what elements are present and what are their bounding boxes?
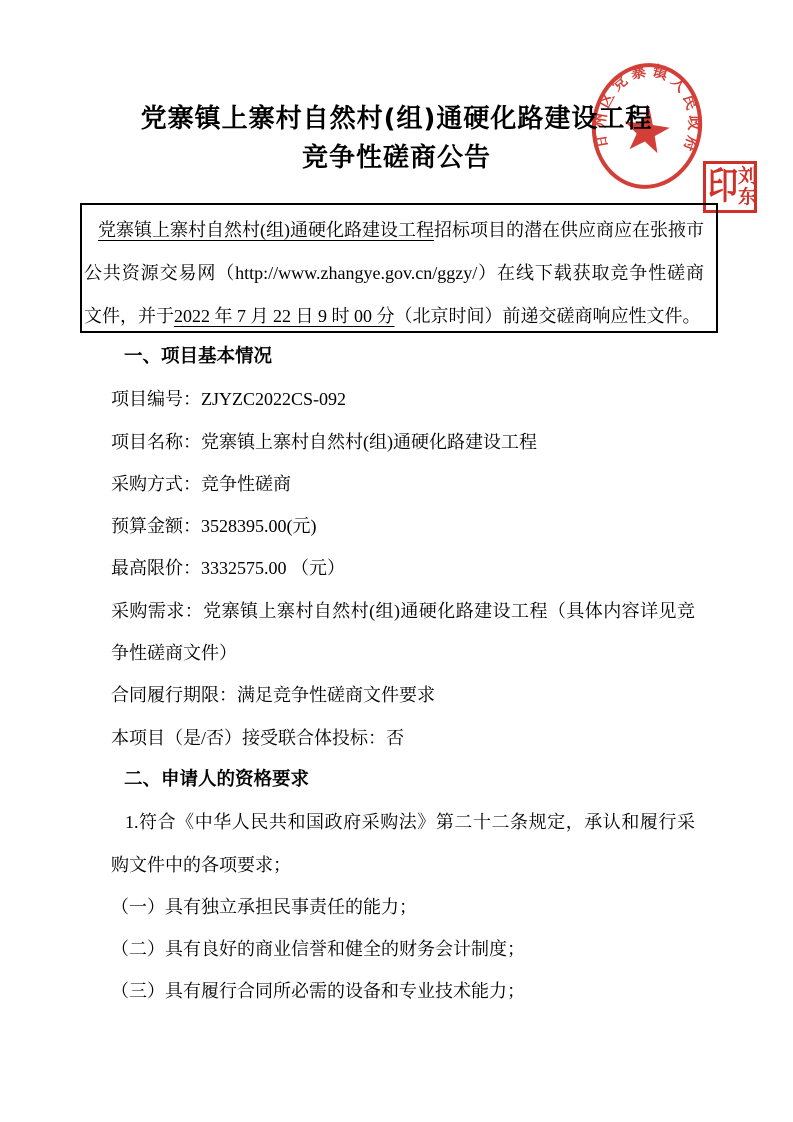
notice-project-name: 党寨镇上寨村自然村(组)通硬化路建设工程 [98, 220, 434, 240]
body-paragraph: 项目编号：ZJYZC2022CS-092 [111, 378, 695, 420]
stamp-char-liu: 刘 [738, 166, 757, 187]
document-page: 党寨镇上寨村自然村(组)通硬化路建设工程 竞争性磋商公告 甘州区党寨镇人民政府 … [0, 0, 793, 1122]
star-icon [621, 105, 672, 154]
notice-deadline: 2022 年 7 月 22 日 9 时 00 分 [174, 306, 395, 326]
stamp-char-yin: 印 [708, 168, 738, 206]
stamp-char-dong: 东 [738, 187, 757, 208]
body-paragraph: 预算金额：3528395.00(元) [111, 505, 695, 547]
body-paragraph: 采购方式：竞争性磋商 [111, 463, 695, 505]
notice-text-end: （北京时间）前递交磋商响应性文件。 [395, 306, 701, 326]
body-paragraph: 二、申请人的资格要求 [111, 759, 695, 801]
body-paragraph: 合同履行期限：满足竞争性磋商文件要求 [111, 674, 695, 716]
notice-box: 党寨镇上寨村自然村(组)通硬化路建设工程招标项目的潜在供应商应在张掖市公共资源交… [80, 203, 718, 333]
official-seal: 甘州区党寨镇人民政府 [585, 56, 709, 196]
stamp-name-column: 刘 东 [738, 166, 757, 208]
document-body: 一、项目基本情况项目编号：ZJYZC2022CS-092项目名称：党寨镇上寨村自… [111, 336, 695, 1013]
body-paragraph: （一）具有独立承担民事责任的能力； [111, 886, 695, 928]
body-paragraph: 本项目（是/否）接受联合体投标：否 [111, 717, 695, 759]
body-paragraph: 最高限价：3332575.00 （元） [111, 547, 695, 589]
body-paragraph: 项目名称：党寨镇上寨村自然村(组)通硬化路建设工程 [111, 421, 695, 463]
body-paragraph: 1.符合《中华人民共和国政府采购法》第二十二条规定，承认和履行采购文件中的各项要… [111, 801, 695, 886]
body-paragraph: （二）具有良好的商业信誉和健全的财务会计制度； [111, 928, 695, 970]
body-paragraph: （三）具有履行合同所必需的设备和专业技术能力； [111, 970, 695, 1012]
body-paragraph: 一、项目基本情况 [111, 336, 695, 378]
body-paragraph: 采购需求：党寨镇上寨村自然村(组)通硬化路建设工程（具体内容详见竞争性磋商文件） [111, 590, 695, 675]
notice-paragraph: 党寨镇上寨村自然村(组)通硬化路建设工程招标项目的潜在供应商应在张掖市公共资源交… [84, 209, 704, 333]
